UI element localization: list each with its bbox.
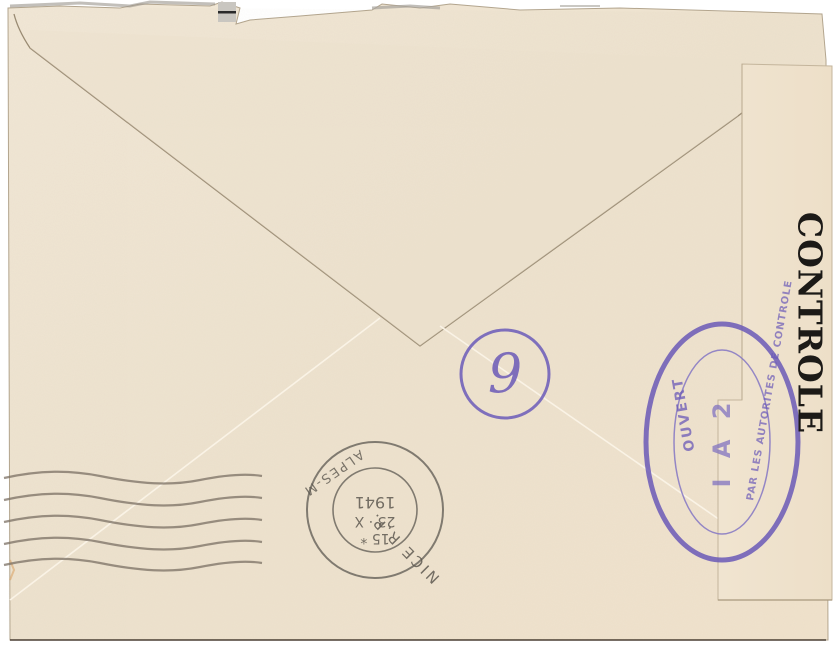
envelope-scene: 9 I A 2 OUVERT PAR LES AUTORITES DE CONT…	[0, 0, 835, 650]
censor-label-text: CONTROLE	[791, 212, 830, 434]
censor-strip-label: CONTROLE	[790, 198, 830, 448]
postmark-star: *	[360, 530, 367, 546]
circular-stamp-number: 9	[480, 340, 530, 408]
oval-stamp-center-text: I A 2	[708, 392, 736, 492]
